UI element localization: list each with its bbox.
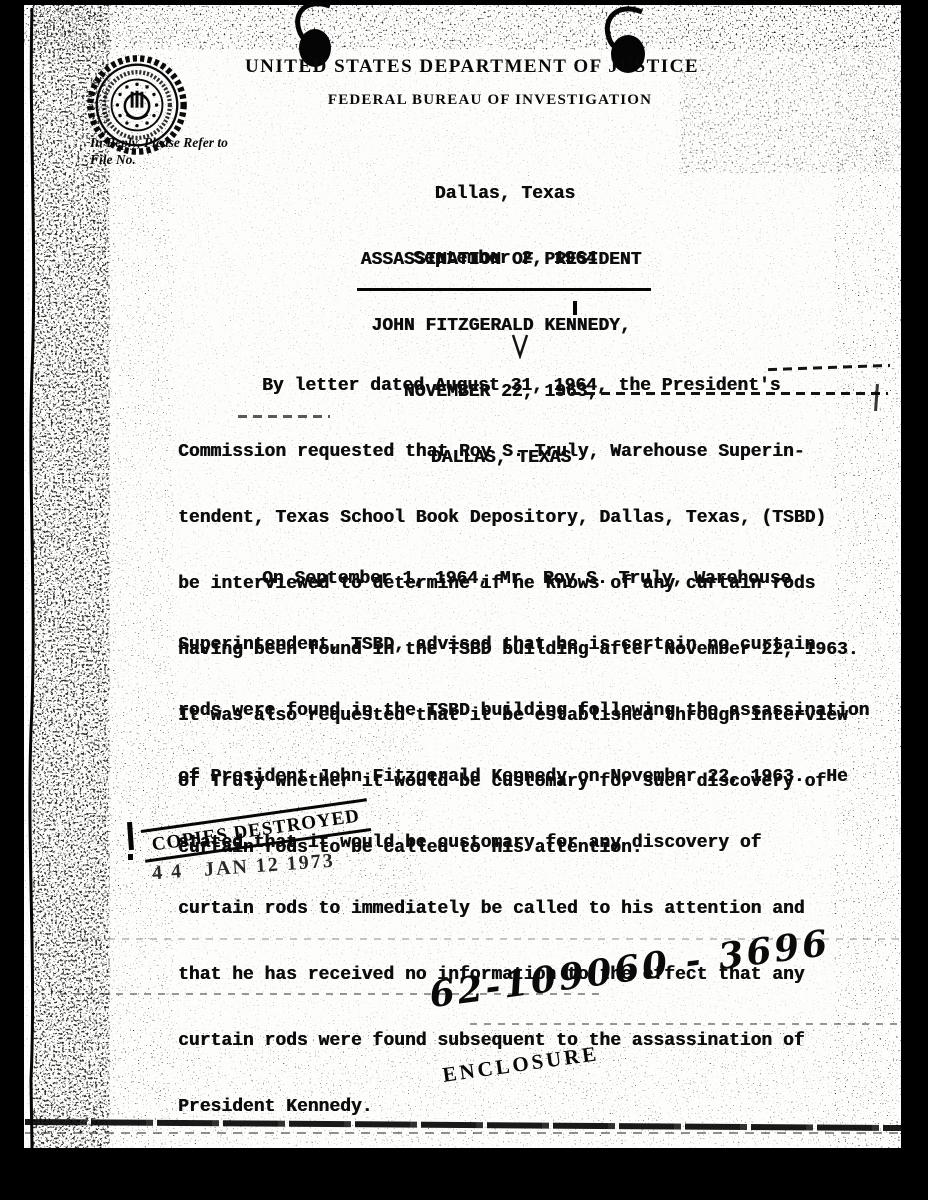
subject-underline [357, 288, 651, 291]
handwritten-caret-mark-icon [511, 333, 529, 359]
reply-note-line1: In Reply, Please Refer to [90, 134, 250, 151]
handwritten-underline [556, 392, 888, 395]
body-line: President Kennedy. [178, 1096, 869, 1118]
reply-note: In Reply, Please Refer to File No. [90, 134, 250, 168]
body-line: Commission requested that Roy S. Truly, … [178, 441, 859, 463]
stray-tick-mark [573, 301, 577, 315]
body-line: of President John Fitzgerald Kennedy on … [178, 766, 869, 788]
body-line: rods were found in the TSBD building fol… [178, 700, 869, 722]
dateline-city: Dallas, Texas [355, 184, 655, 206]
bureau-title: FEDERAL BUREAU OF INVESTIGATION [240, 92, 740, 109]
stamp-exclamation-dot [128, 854, 133, 860]
subject-line-1: ASSASSINATION OF PRESIDENT [351, 249, 651, 271]
department-title: UNITED STATES DEPARTMENT OF JUSTICE [222, 56, 722, 78]
scan-streak [25, 1132, 901, 1134]
body-line: curtain rods were found subsequent to th… [178, 1030, 869, 1052]
body-line: curtain rods to immediately be called to… [178, 898, 869, 920]
reply-note-line2: File No. [90, 151, 250, 168]
scan-streak [470, 1023, 900, 1025]
scanned-document: UNITED STATES DEPARTMENT OF JUSTICE FEDE… [0, 0, 928, 1200]
body-line: On September 1, 1964, Mr. Roy S. Truly, … [178, 568, 869, 590]
handwritten-underline [238, 415, 330, 418]
body-line: Superintendent, TSBD, advised that he is… [178, 634, 869, 656]
